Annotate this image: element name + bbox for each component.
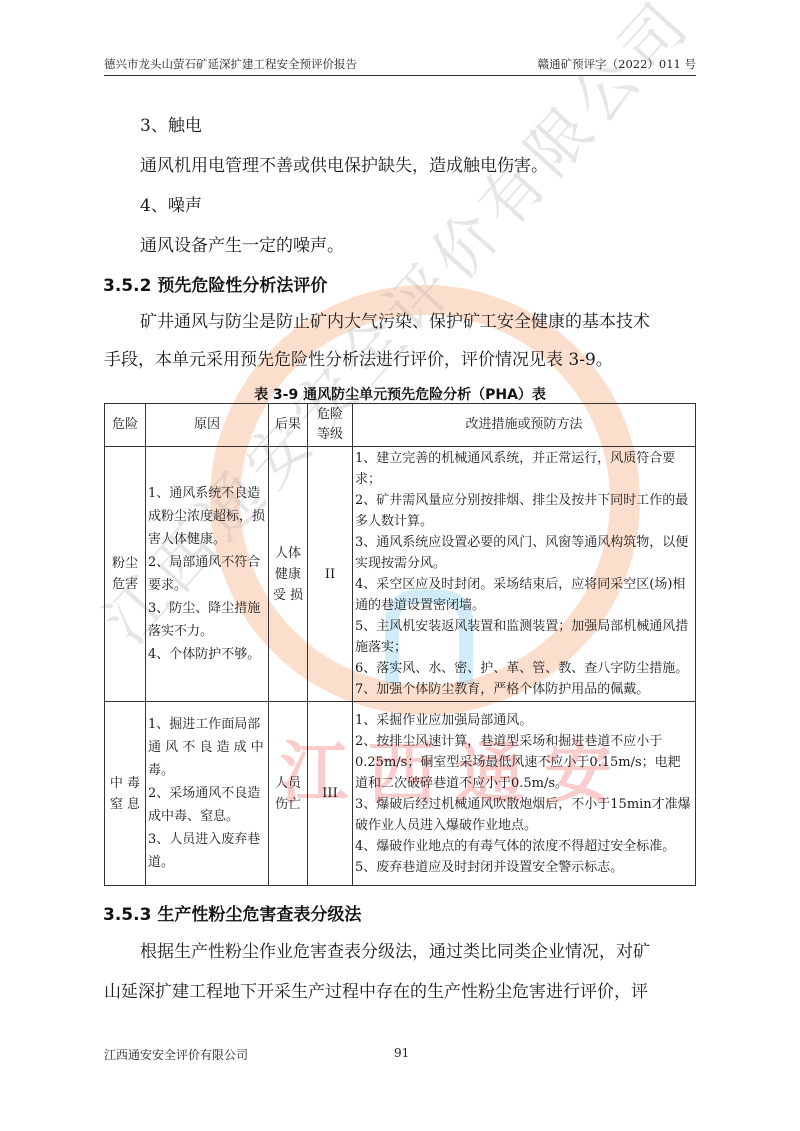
measure-item: 3、通风系统应设置必要的风门、风窗等通风构筑物，以便实现按需分风。 [355, 532, 693, 574]
measure-item: 4、采空区应及时封闭。采场结束后，应将同采空区(场)相通的巷道设置密闭墙。 [355, 574, 693, 616]
cell-level: III [308, 702, 353, 886]
item-3-text: 通风机用电管理不善或供电保护缺失，造成触电伤害。 [140, 156, 548, 176]
cell-measures: 1、采掘作业应加强局部通风。 2、按排尘风速计算，巷道型采场和掘进巷道不应小于0… [353, 702, 696, 886]
cause-item: 2、采场通风不良造成中毒、窒息。 [148, 782, 266, 828]
section-3-5-3-heading: 3.5.3 生产性粉尘危害查表分级法 [103, 900, 361, 925]
cell-causes: 1、掘进工作面局部通 风 不 良 造 成 中毒。 2、采场通风不良造成中毒、窒息… [146, 702, 269, 886]
col-header-level: 危险 等级 [308, 404, 353, 447]
cell-hazard: 粉尘危害 [105, 447, 146, 702]
measure-item: 5、主风机安装返风装置和监测装置；加强局部机械通风措施落实； [355, 616, 693, 658]
document-page: 江西通安安全评价有限公司 江西通安 德兴市龙头山萤石矿延深扩建工程安全预评价报告… [0, 0, 800, 1131]
measure-item: 4、爆破作业地点的有毒气体的浓度不得超过安全标准。 [355, 836, 693, 857]
cause-item: 2、局部通风不符合要求。 [148, 551, 266, 597]
page-header: 德兴市龙头山萤石矿延深扩建工程安全预评价报告 赣通矿预评字（2022）011 号 [104, 54, 696, 74]
table-caption: 表 3-9 通风防尘单元预先危险分析（PHA）表 [0, 384, 800, 404]
page-number: 91 [394, 1046, 409, 1060]
cell-measures: 1、建立完善的机械通风系统，并正常运行，风质符合要求； 2、矿井需风量应分别按排… [353, 447, 696, 702]
table-row: 粉尘危害 1、通风系统不良造成粉尘浓度超标，损害人体健康。 2、局部通风不符合要… [105, 447, 696, 702]
measure-item: 1、建立完善的机械通风系统，并正常运行，风质符合要求； [355, 448, 693, 490]
measure-item: 2、按排尘风速计算，巷道型采场和掘进巷道不应小于0.25m/s；硐室型采场最低风… [355, 731, 693, 794]
col-header-level-line1: 危险 [310, 405, 350, 425]
col-header-consequence: 后果 [269, 404, 308, 447]
col-header-level-line2: 等级 [310, 425, 350, 445]
cell-hazard: 中 毒窒 息 [105, 702, 146, 886]
col-header-cause: 原因 [146, 404, 269, 447]
col-header-hazard: 危险 [105, 404, 146, 447]
cause-item: 1、通风系统不良造成粉尘浓度超标，损害人体健康。 [148, 482, 266, 551]
measure-item: 5、废弃巷道应及时封闭并设置安全警示标志。 [355, 857, 693, 878]
cause-item: 4、个体防护不够。 [148, 643, 266, 666]
cell-level: II [308, 447, 353, 702]
cause-item: 3、人员进入废弃巷道。 [148, 828, 266, 874]
table-header-row: 危险 原因 后果 危险 等级 改进措施或预防方法 [105, 404, 696, 447]
item-4-title: 4、噪声 [140, 196, 202, 216]
section-3-5-2-para-line2: 手段，本单元采用预先危险性分析法进行评价，评价情况见表 3-9。 [104, 350, 613, 370]
section-3-5-2-heading: 3.5.2 预先危险性分析法评价 [103, 271, 327, 296]
section-3-5-2-para-line1: 矿井通风与防尘是防止矿内大气污染、保护矿工安全健康的基本技术 [140, 312, 650, 332]
header-document-number: 赣通矿预评字（2022）011 号 [538, 56, 696, 72]
table-row: 中 毒窒 息 1、掘进工作面局部通 风 不 良 造 成 中毒。 2、采场通风不良… [105, 702, 696, 886]
cell-consequence: 人员伤亡 [269, 702, 308, 886]
measure-item: 2、矿井需风量应分别按排烟、排尘及按井下同时工作的最多人数计算。 [355, 490, 693, 532]
measure-item: 3、爆破后经过机械通风吹散炮烟后，不小于15min才准爆破作业人员进入爆破作业地… [355, 794, 693, 836]
header-report-title: 德兴市龙头山萤石矿延深扩建工程安全预评价报告 [104, 56, 357, 72]
item-3-title: 3、触电 [140, 116, 202, 136]
col-header-measures: 改进措施或预防方法 [353, 404, 696, 447]
pha-table: 危险 原因 后果 危险 等级 改进措施或预防方法 粉尘危害 1、通风系统不良造成… [104, 403, 696, 886]
cause-item: 3、防尘、降尘措施落实不力。 [148, 597, 266, 643]
cause-item: 1、掘进工作面局部通 风 不 良 造 成 中毒。 [148, 713, 266, 782]
item-4-text: 通风设备产生一定的噪声。 [140, 236, 344, 256]
header-divider [104, 75, 696, 76]
measure-item: 7、加强个体防尘教育，严格个体防护用品的佩戴。 [355, 679, 693, 700]
section-3-5-3-para-line2: 山延深扩建工程地下开采生产过程中存在的生产性粉尘危害进行评价，评 [104, 982, 648, 1002]
measure-item: 1、采掘作业应加强局部通风。 [355, 710, 693, 731]
cell-causes: 1、通风系统不良造成粉尘浓度超标，损害人体健康。 2、局部通风不符合要求。 3、… [146, 447, 269, 702]
footer-company: 江西通安安全评价有限公司 [104, 1046, 248, 1063]
section-3-5-3-para-line1: 根据生产性粉尘作业危害查表分级法，通过类比同类企业情况，对矿 [140, 942, 650, 962]
cell-consequence: 人体健康受 损 [269, 447, 308, 702]
measure-item: 6、落实风、水、密、护、革、管、教、查八字防尘措施。 [355, 658, 693, 679]
